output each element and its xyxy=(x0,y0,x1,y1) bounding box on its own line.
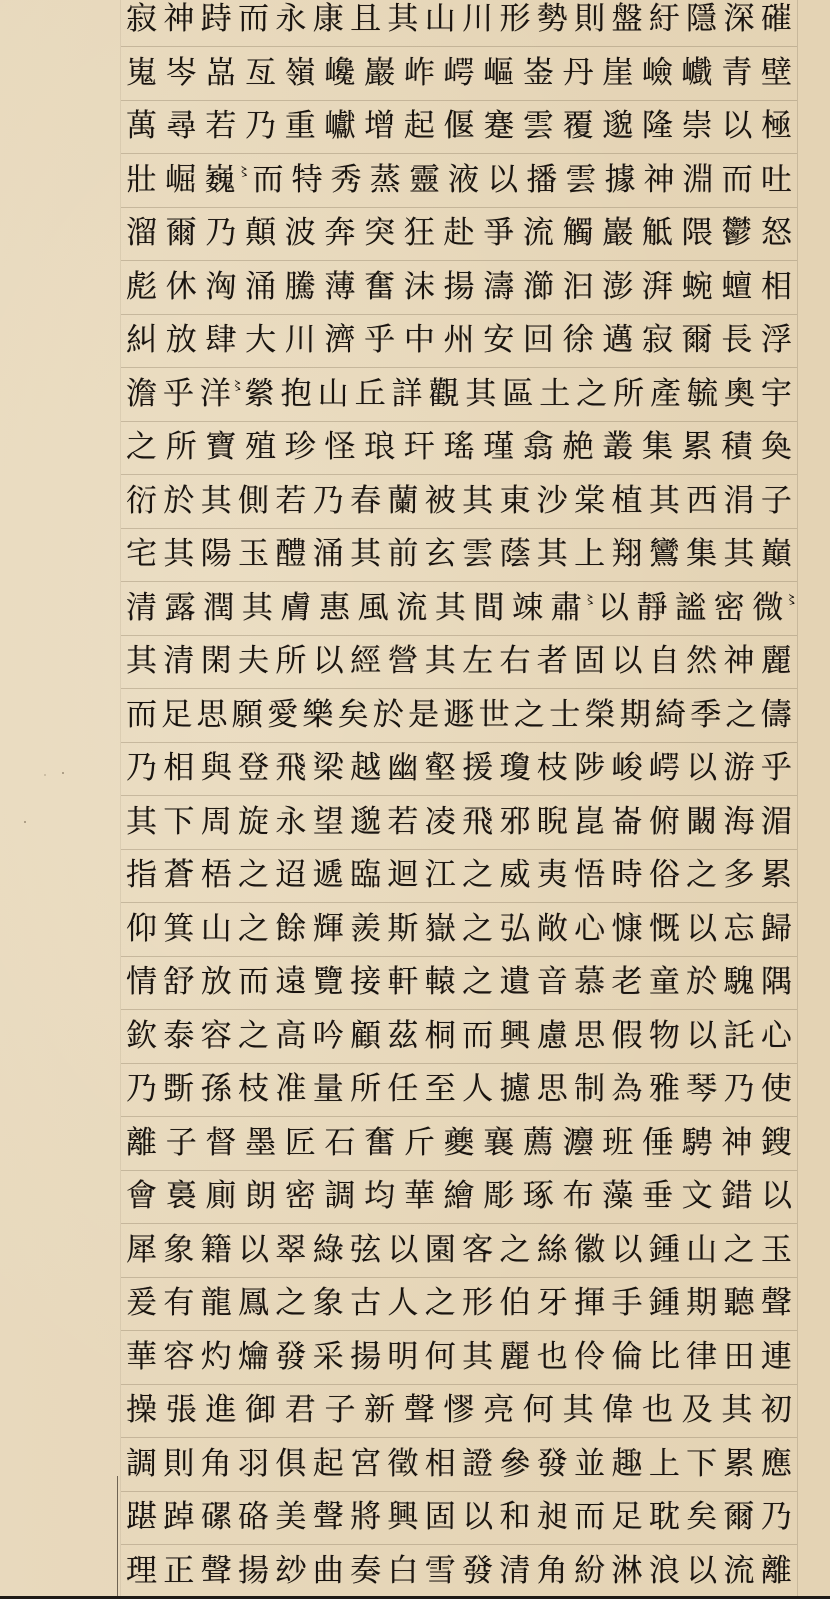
character: 肆 xyxy=(205,325,236,356)
character: 清 xyxy=(499,1556,530,1587)
character: 其 xyxy=(201,486,232,517)
character: 斲 xyxy=(163,1074,194,1105)
character: 何 xyxy=(425,1342,456,1373)
character: 溜 xyxy=(126,218,157,249)
character: 睨 xyxy=(537,807,568,838)
character: 遺 xyxy=(499,967,530,998)
character: 於 xyxy=(373,700,404,731)
character: 靈 xyxy=(409,165,440,196)
character: 東 xyxy=(499,486,530,517)
character: 神 xyxy=(163,4,194,35)
character: 並 xyxy=(574,1449,605,1480)
character: 攄 xyxy=(499,1074,530,1105)
character: 老 xyxy=(611,967,642,998)
character: 淵 xyxy=(683,165,714,196)
character: 雲 xyxy=(462,539,493,570)
character: 寂 xyxy=(642,325,673,356)
character: 進 xyxy=(205,1395,236,1426)
character: 聲 xyxy=(761,1288,792,1319)
character: 中 xyxy=(404,325,435,356)
character: 枝 xyxy=(537,753,568,784)
character: 足 xyxy=(161,700,192,731)
character: 慕 xyxy=(574,967,605,998)
character: 遠 xyxy=(275,967,306,998)
character: 間 xyxy=(473,593,504,624)
character: 肅 xyxy=(551,593,582,624)
character: 嶮 xyxy=(642,58,673,89)
character: 而 xyxy=(238,4,269,35)
character: 迢 xyxy=(275,860,306,891)
character: 播 xyxy=(526,165,557,196)
character: 曲 xyxy=(313,1556,344,1587)
character: 偉 xyxy=(602,1395,633,1426)
character: 西 xyxy=(686,486,717,517)
calligraphy-line: 其下周旋永望邈若凌飛邪睨崑崙俯闞海湄 xyxy=(121,796,797,850)
character: 特 xyxy=(292,165,323,196)
character: 清 xyxy=(126,593,157,624)
character: 蒼 xyxy=(163,860,194,891)
character: 踔 xyxy=(163,1502,194,1533)
character: 揚 xyxy=(444,272,475,303)
character: 鸞 xyxy=(649,539,680,570)
character: 其 xyxy=(563,1395,594,1426)
character: 陽 xyxy=(201,539,232,570)
character: 上 xyxy=(649,1449,680,1480)
character: 仰 xyxy=(126,914,157,945)
character: 其 xyxy=(649,486,680,517)
character: 犀 xyxy=(126,1235,157,1266)
character: 右 xyxy=(499,646,530,677)
character: 其 xyxy=(126,807,157,838)
character: 其 xyxy=(126,646,157,677)
character: 爭 xyxy=(483,218,514,249)
character: 士 xyxy=(549,700,580,731)
character: 以 xyxy=(313,646,344,677)
character: 其 xyxy=(721,1395,752,1426)
character: 灋 xyxy=(563,1128,594,1159)
character: 硌 xyxy=(238,1502,269,1533)
character: 磥 xyxy=(201,1502,232,1533)
character: 邈 xyxy=(602,111,633,142)
character: 悟 xyxy=(574,860,605,891)
character: 揚 xyxy=(238,1556,269,1587)
character: 累 xyxy=(761,860,792,891)
character: 憀 xyxy=(444,1395,475,1426)
character: 而 xyxy=(574,1502,605,1533)
character: 矣 xyxy=(686,1502,717,1533)
character: 潤 xyxy=(203,593,234,624)
character: 洋 xyxy=(200,379,231,410)
character: 乎 xyxy=(761,753,792,784)
character: 麗 xyxy=(499,1342,530,1373)
character: 布 xyxy=(563,1181,594,1212)
character: 波 xyxy=(285,218,316,249)
character: 期 xyxy=(620,700,651,731)
character: 繪 xyxy=(444,1181,475,1212)
character: 奮 xyxy=(364,1128,395,1159)
character: 玄 xyxy=(425,539,456,570)
character: 發 xyxy=(537,1449,568,1480)
character: 操 xyxy=(126,1395,157,1426)
character: 踸 xyxy=(126,1502,157,1533)
character: 崙 xyxy=(611,807,642,838)
character: 雪 xyxy=(425,1556,456,1587)
character: 瓊 xyxy=(499,753,530,784)
character: 錯 xyxy=(721,1181,752,1212)
character: 其 xyxy=(462,1342,493,1373)
character: 闞 xyxy=(686,807,717,838)
character: 集 xyxy=(686,539,717,570)
character: 制 xyxy=(574,1074,605,1105)
character: 謐 xyxy=(675,593,706,624)
character: 累 xyxy=(724,1449,755,1480)
character: 思 xyxy=(197,700,228,731)
character: 比 xyxy=(649,1342,680,1373)
character: 世 xyxy=(479,700,510,731)
character: 乃 xyxy=(245,111,276,142)
character: 昶 xyxy=(537,1502,568,1533)
character: 發 xyxy=(462,1556,493,1587)
character: 秀 xyxy=(331,165,362,196)
character: 榮 xyxy=(584,700,615,731)
character: 隆 xyxy=(642,111,673,142)
character: 巇 xyxy=(682,58,713,89)
character: 以 xyxy=(686,1556,717,1587)
character: 其 xyxy=(465,379,496,410)
character: 若 xyxy=(387,807,418,838)
character: 清 xyxy=(163,646,194,677)
character: 以 xyxy=(611,646,642,677)
character: 多 xyxy=(724,860,755,891)
character: 蜿 xyxy=(682,272,713,303)
character: 鍾 xyxy=(649,1235,680,1266)
character: 尋 xyxy=(166,111,197,142)
character: 相 xyxy=(761,272,792,303)
calligraphy-line: 糾放肆大川濟乎中州安回徐邁寂爾長浮 xyxy=(121,315,797,369)
character: 物 xyxy=(649,1021,680,1052)
character: 神 xyxy=(644,165,675,196)
character: 泰 xyxy=(163,1021,194,1052)
character: 情 xyxy=(126,967,157,998)
character: 夫 xyxy=(238,646,269,677)
character: 象 xyxy=(163,1235,194,1266)
character: 乃 xyxy=(313,486,344,517)
character: 參 xyxy=(499,1449,530,1480)
character: 乎 xyxy=(163,379,194,410)
character: 角 xyxy=(201,1449,232,1480)
character: 與 xyxy=(201,753,232,784)
character: 彫 xyxy=(483,1181,514,1212)
character: 其 xyxy=(425,646,456,677)
character: 沙 xyxy=(537,486,568,517)
character: 澹 xyxy=(126,379,157,410)
character: 御 xyxy=(245,1395,276,1426)
character: 以 xyxy=(238,1235,269,1266)
character: 寂 xyxy=(126,4,157,35)
character: 梁 xyxy=(313,753,344,784)
character: 飛 xyxy=(275,753,306,784)
character: 惠 xyxy=(319,593,350,624)
character: 足 xyxy=(611,1502,642,1533)
character: 童 xyxy=(649,967,680,998)
character: 棠 xyxy=(574,486,605,517)
character: 壑 xyxy=(425,753,456,784)
character: 崇 xyxy=(682,111,713,142)
repetition-mark: 〻 xyxy=(785,594,798,607)
character: 者 xyxy=(537,646,568,677)
character: 而 xyxy=(126,700,157,731)
character: 江 xyxy=(425,860,456,891)
character: 若 xyxy=(205,111,236,142)
character: 至 xyxy=(425,1074,456,1105)
character: 跱 xyxy=(201,4,232,35)
character: 雅 xyxy=(649,1074,680,1105)
character: 休 xyxy=(166,272,197,303)
character: 樂 xyxy=(302,700,333,731)
character: 所 xyxy=(275,646,306,677)
character: 淋 xyxy=(611,1556,642,1587)
character: 奮 xyxy=(364,272,395,303)
character: 矣 xyxy=(338,700,369,731)
character: 嶽 xyxy=(425,914,456,945)
character: 雲 xyxy=(565,165,596,196)
character: 手 xyxy=(611,1288,642,1319)
character: 匠 xyxy=(285,1128,316,1159)
character: 之 xyxy=(724,1235,755,1266)
character: 崟 xyxy=(523,58,554,89)
calligraphy-line: 爰有龍鳳之象古人之形伯牙揮手鍾期聽聲 xyxy=(121,1278,797,1332)
character: 華 xyxy=(404,1181,435,1212)
repetition-mark: 〻 xyxy=(583,594,596,607)
character: 崿 xyxy=(649,753,680,784)
character: 琅 xyxy=(364,432,395,463)
character: 州 xyxy=(444,325,475,356)
character: 假 xyxy=(611,1021,642,1052)
character: 川 xyxy=(462,4,493,35)
character: 儔 xyxy=(761,700,792,731)
character: 乎 xyxy=(364,325,395,356)
character: 崿 xyxy=(444,58,475,89)
character: 慮 xyxy=(537,1021,568,1052)
character: 翔 xyxy=(611,539,642,570)
character: 土 xyxy=(539,379,570,410)
calligraphy-line: 仰箕山之餘輝羨斯嶽之弘敞心慷慨以忘歸 xyxy=(121,903,797,957)
character: 騰 xyxy=(285,272,316,303)
character: 心 xyxy=(574,914,605,945)
character: 是 xyxy=(408,700,439,731)
character: 產 xyxy=(650,379,681,410)
character: 為 xyxy=(611,1074,642,1105)
character: 赩 xyxy=(563,432,594,463)
character: 浮 xyxy=(761,325,792,356)
character: 餘 xyxy=(275,914,306,945)
character: 衍 xyxy=(126,486,157,517)
character: 律 xyxy=(686,1342,717,1373)
character: 託 xyxy=(724,1021,755,1052)
character: 伶 xyxy=(574,1342,605,1373)
character: 深 xyxy=(724,4,755,35)
character: 爾 xyxy=(166,218,197,249)
calligraphy-line: 調則角羽俱起宮徵相證參發並趣上下累應 xyxy=(121,1438,797,1492)
character: 倫 xyxy=(611,1342,642,1373)
character: 有 xyxy=(163,1288,194,1319)
character: 墨 xyxy=(245,1128,276,1159)
character: 之 xyxy=(462,967,493,998)
character: 灼 xyxy=(201,1342,232,1373)
character: 伯 xyxy=(499,1288,530,1319)
character: 籍 xyxy=(201,1235,232,1266)
character: 康 xyxy=(313,4,344,35)
character: 而 xyxy=(462,1021,493,1052)
character: 若 xyxy=(275,486,306,517)
character: 極 xyxy=(761,111,792,142)
character: 之 xyxy=(238,860,269,891)
character: 玕 xyxy=(404,432,435,463)
character: 蟺 xyxy=(721,272,752,303)
character: 濟 xyxy=(324,325,355,356)
character: 聲 xyxy=(404,1395,435,1426)
character: 騁 xyxy=(682,1128,713,1159)
character: 積 xyxy=(721,432,752,463)
character: 琢 xyxy=(523,1181,554,1212)
character: 軒 xyxy=(387,967,418,998)
calligraphy-line: 溜爾乃顛波奔突狂赴爭流觸巖觝隈鬱怒 xyxy=(121,208,797,262)
character: 思 xyxy=(574,1021,605,1052)
character: 所 xyxy=(613,379,644,410)
character: 爾 xyxy=(682,325,713,356)
character: 奔 xyxy=(324,218,355,249)
character: 班 xyxy=(602,1128,633,1159)
character: 乃 xyxy=(205,218,236,249)
character: 彪 xyxy=(126,272,157,303)
calligraphy-page: 寂神跱而永康且其山川形勢則盤紆隱深磪 嵬岑嵓亙嶺巉巖岞崿嶇崟丹崖嶮巇青壁 萬尋若… xyxy=(0,0,830,1599)
character: 使 xyxy=(761,1074,792,1105)
character: 以 xyxy=(387,1235,418,1266)
character: 雲 xyxy=(523,111,554,142)
character: 固 xyxy=(425,1502,456,1533)
character: 象 xyxy=(313,1288,344,1319)
character: 觝 xyxy=(642,218,673,249)
character: 覽 xyxy=(313,967,344,998)
character: 心 xyxy=(761,1021,792,1052)
character: 之 xyxy=(726,700,757,731)
character: 增 xyxy=(364,111,395,142)
character: 遯 xyxy=(443,700,474,731)
calligraphy-line: 離子督墨匠石奮斤夔襄薦灋班倕騁神鎪 xyxy=(121,1117,797,1171)
character: 川 xyxy=(285,325,316,356)
character: 正 xyxy=(163,1556,194,1587)
character: 側 xyxy=(238,486,269,517)
character: 采 xyxy=(313,1342,344,1373)
character: 宅 xyxy=(126,539,157,570)
character: 重 xyxy=(285,111,316,142)
character: 麗 xyxy=(761,646,792,677)
character: 紆 xyxy=(649,4,680,35)
character: 證 xyxy=(462,1449,493,1480)
character: 夔 xyxy=(444,1128,475,1159)
character: 其 xyxy=(724,539,755,570)
character: 則 xyxy=(574,4,605,35)
character: 上 xyxy=(574,539,605,570)
character: 被 xyxy=(425,486,456,517)
character: 之 xyxy=(425,1288,456,1319)
character: 歸 xyxy=(761,914,792,945)
character: 涌 xyxy=(313,539,344,570)
character: 永 xyxy=(275,4,306,35)
character: 邪 xyxy=(499,807,530,838)
character: 盤 xyxy=(611,4,642,35)
character: 羽 xyxy=(238,1449,269,1480)
character: 思 xyxy=(537,1074,568,1105)
character: 其 xyxy=(435,593,466,624)
character: 期 xyxy=(686,1288,717,1319)
character: 隈 xyxy=(682,218,713,249)
character: 愛 xyxy=(267,700,298,731)
character: 勢 xyxy=(537,4,568,35)
character: 相 xyxy=(163,753,194,784)
character: 經 xyxy=(350,646,381,677)
character: 巉 xyxy=(324,58,355,89)
character: 流 xyxy=(523,218,554,249)
character: 也 xyxy=(537,1342,568,1373)
character: 蔭 xyxy=(499,539,530,570)
character: 山 xyxy=(686,1235,717,1266)
character: 長 xyxy=(721,325,752,356)
character: 桐 xyxy=(425,1021,456,1052)
character: 之 xyxy=(499,1235,530,1266)
character: 涌 xyxy=(245,272,276,303)
character: 時 xyxy=(611,860,642,891)
character: 飛 xyxy=(462,807,493,838)
character: 朗 xyxy=(245,1181,276,1212)
character: 覆 xyxy=(563,111,594,142)
character: 之 xyxy=(462,914,493,945)
character: 爾 xyxy=(724,1502,755,1533)
character: 俱 xyxy=(275,1449,306,1480)
character: 濤 xyxy=(483,272,514,303)
character: 會 xyxy=(126,1181,157,1212)
character: 山 xyxy=(318,379,349,410)
character: 且 xyxy=(350,4,381,35)
character: 以 xyxy=(686,753,717,784)
calligraphy-line: 萬尋若乃重巘增起偃蹇雲覆邈隆崇以極 xyxy=(121,101,797,155)
calligraphy-line: 衍於其側若乃春蘭被其東沙棠植其西涓子 xyxy=(121,475,797,529)
character: 之 xyxy=(576,379,607,410)
character: 梧 xyxy=(201,860,232,891)
character: 高 xyxy=(275,1021,306,1052)
character: 怪 xyxy=(324,432,355,463)
character: 也 xyxy=(642,1395,673,1426)
character: 以 xyxy=(761,1181,792,1212)
character: 嵬 xyxy=(126,58,157,89)
character: 丹 xyxy=(563,58,594,89)
character: 任 xyxy=(387,1074,418,1105)
character: 然 xyxy=(686,646,717,677)
character: 流 xyxy=(396,593,427,624)
character: 文 xyxy=(682,1181,713,1212)
character: 翕 xyxy=(523,432,554,463)
character: 瑾 xyxy=(483,432,514,463)
character: 大 xyxy=(245,325,276,356)
character: 以 xyxy=(611,1235,642,1266)
character: 山 xyxy=(425,4,456,35)
character: 涓 xyxy=(724,486,755,517)
character: 越 xyxy=(350,753,381,784)
character: 徐 xyxy=(563,325,594,356)
character: 之 xyxy=(514,700,545,731)
character: 徵 xyxy=(387,1449,418,1480)
character: 巘 xyxy=(324,111,355,142)
